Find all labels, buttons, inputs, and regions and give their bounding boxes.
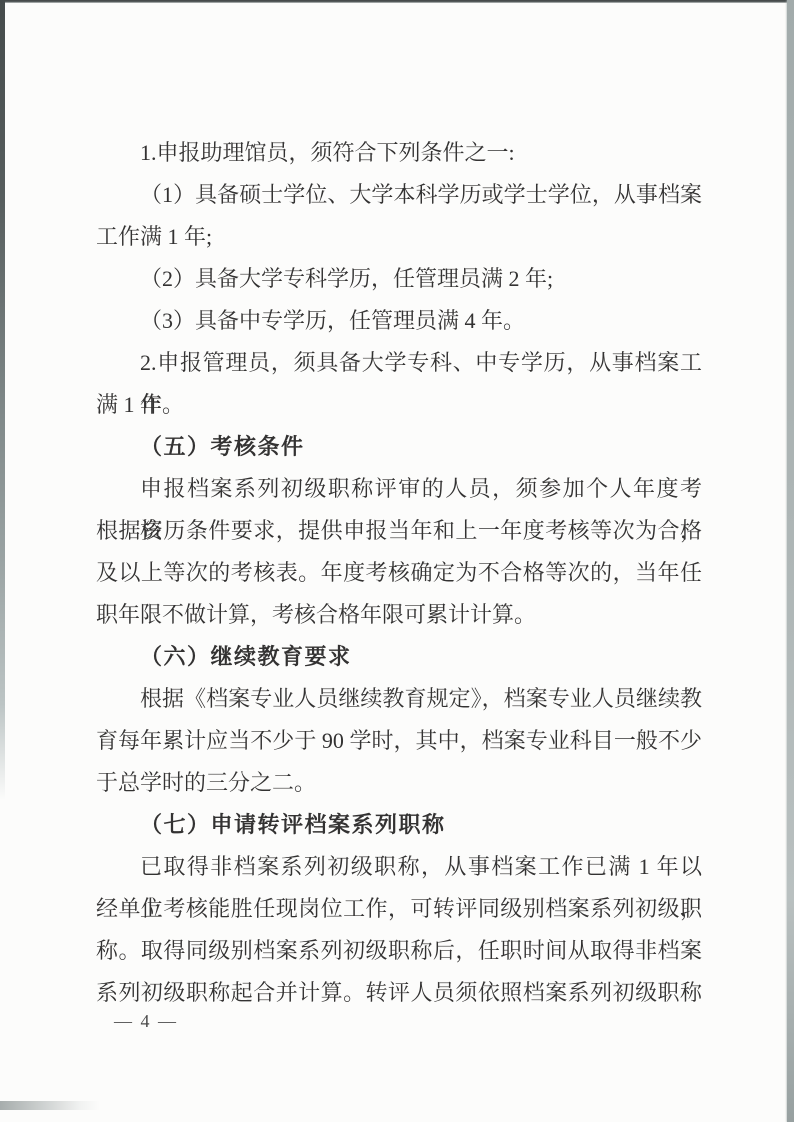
text-line: （1）具备硕士学位、大学本科学历或学士学位，从事档案 bbox=[96, 174, 702, 216]
section-heading: （七）申请转评档案系列职称 bbox=[96, 804, 702, 846]
document-body: 1.申报助理馆员，须符合下列条件之一: （1）具备硕士学位、大学本科学历或学士学… bbox=[96, 132, 702, 1014]
text-line: 根据资历条件要求，提供申报当年和上一年度考核等次为合格 bbox=[96, 510, 702, 552]
text-line: 于总学时的三分之二。 bbox=[96, 762, 702, 804]
section-heading: （五）考核条件 bbox=[96, 426, 702, 468]
text-line: 1.申报助理馆员，须符合下列条件之一: bbox=[96, 132, 702, 174]
text-line: 系列初级职称起合并计算。转评人员须依照档案系列初级职称 bbox=[96, 972, 702, 1014]
text-line: 2.申报管理员，须具备大学专科、中专学历，从事档案工作 bbox=[96, 342, 702, 384]
text-line: 育每年累计应当不少于 90 学时，其中，档案专业科目一般不少 bbox=[96, 720, 702, 762]
text-line: 工作满 1 年; bbox=[96, 216, 702, 258]
text-line: 根据《档案专业人员继续教育规定》，档案专业人员继续教 bbox=[96, 678, 702, 720]
scan-edge-top bbox=[0, 0, 794, 3]
text-line: 满 1 年。 bbox=[96, 384, 702, 426]
text-line: 已取得非档案系列初级职称，从事档案工作已满 1 年以上， bbox=[96, 846, 702, 888]
text-line: 职年限不做计算，考核合格年限可累计计算。 bbox=[96, 594, 702, 636]
scanned-document-page: 1.申报助理馆员，须符合下列条件之一: （1）具备硕士学位、大学本科学历或学士学… bbox=[0, 0, 794, 1122]
page-number: — 4 — bbox=[114, 1008, 178, 1034]
text-line: 称。取得同级别档案系列初级职称后，任职时间从取得非档案 bbox=[96, 930, 702, 972]
text-line: 申报档案系列初级职称评审的人员，须参加个人年度考核， bbox=[96, 468, 702, 510]
section-heading: （六）继续教育要求 bbox=[96, 636, 702, 678]
scan-edge-left bbox=[0, 0, 5, 800]
text-line: （2）具备大学专科学历，任管理员满 2 年; bbox=[96, 258, 702, 300]
text-line: （3）具备中专学历，任管理员满 4 年。 bbox=[96, 300, 702, 342]
scan-edge-right bbox=[787, 0, 794, 1122]
scan-smudge-bottom-left bbox=[0, 1101, 100, 1110]
text-line: 及以上等次的考核表。年度考核确定为不合格等次的，当年任 bbox=[96, 552, 702, 594]
text-line: 经单位考核能胜任现岗位工作，可转评同级别档案系列初级职 bbox=[96, 888, 702, 930]
